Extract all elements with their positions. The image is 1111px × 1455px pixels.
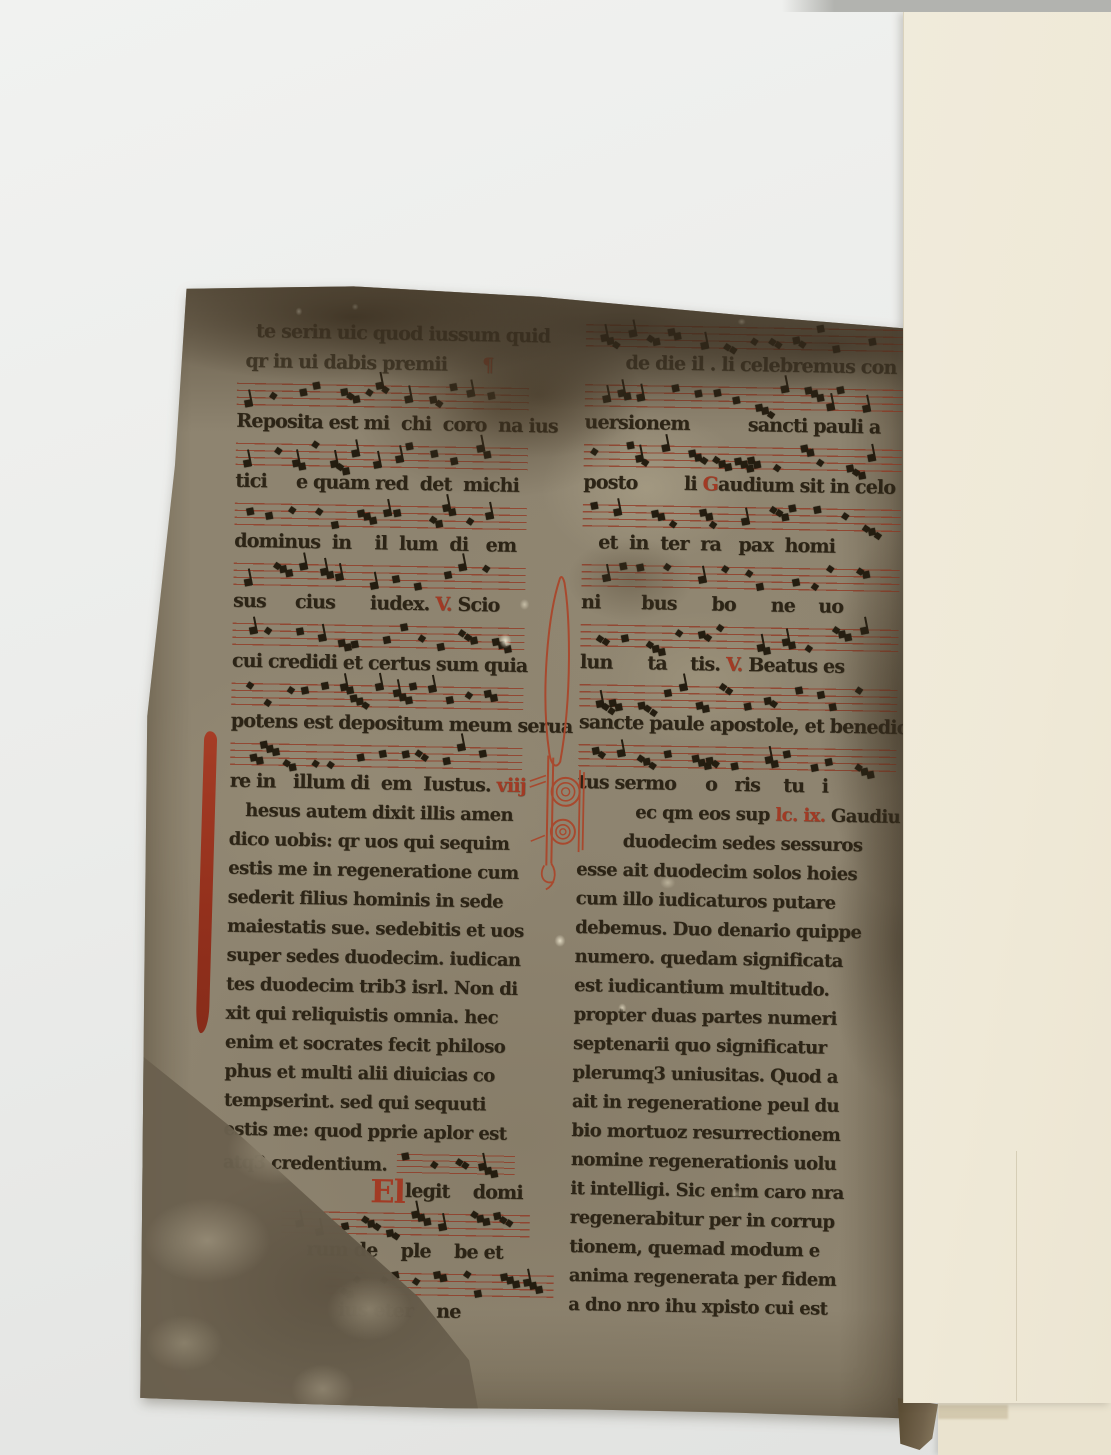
neume-mark — [301, 687, 309, 695]
neume-mark — [781, 385, 789, 393]
book-flyleaf-page — [903, 11, 1111, 1403]
neume-mark — [636, 563, 644, 571]
neume-mark — [487, 392, 495, 400]
neume-mark — [341, 1222, 349, 1230]
neume-mark — [841, 512, 849, 520]
neume-mark — [295, 1219, 303, 1227]
neume-mark — [439, 1274, 447, 1282]
syllable-text: cum illo iudicaturos putare — [576, 888, 836, 914]
neume-mark — [750, 337, 758, 345]
syllable-text: ait in regeneratione peul du — [572, 1091, 839, 1117]
neume-mark — [264, 627, 272, 635]
prose-text-line: a dno nro ihu xpisto cui est — [568, 1292, 886, 1327]
syllable-text: tempserint. sed qui sequuti — [224, 1090, 486, 1116]
neume-mark — [788, 505, 796, 513]
syllable-text: est iudicantium multitudo. — [574, 975, 830, 1001]
neume-mark — [479, 750, 487, 758]
neume-mark — [423, 1217, 431, 1225]
neume-mark — [326, 760, 334, 768]
neume-mark — [837, 386, 845, 394]
neume-mark — [694, 389, 702, 397]
syllable-text: it intelligi. Sic enim caro nra — [570, 1178, 844, 1204]
neume-mark — [296, 628, 304, 636]
neume-mark — [724, 464, 732, 472]
neume-mark — [827, 565, 835, 573]
neume-mark — [392, 575, 400, 583]
neume-mark — [485, 512, 493, 520]
red-ornamented-initial-h — [524, 573, 594, 904]
neume-mark — [590, 448, 598, 456]
neume-mark — [698, 575, 706, 583]
manuscript-photo: te serin uic quod iussum quidqr in ui da… — [0, 0, 1111, 1455]
rubric-text: El — [370, 1172, 405, 1211]
neume-mark — [791, 578, 799, 586]
neume-mark — [512, 1280, 520, 1288]
syllable-text: duodecim sedes sessuros — [623, 831, 863, 856]
syllable-text: potens est depositum meum serua — [231, 710, 573, 738]
neume-mark — [287, 687, 295, 695]
neume-mark — [713, 389, 721, 397]
neume-mark — [448, 508, 456, 516]
rubric-text: G — [702, 473, 718, 495]
syllable-text: anima regenerata per fidem — [569, 1265, 837, 1291]
neume-mark — [380, 1276, 388, 1284]
syllable-text: posto li — [583, 471, 703, 495]
neume-mark — [731, 762, 739, 770]
syllable-text: propter duas partes numeri — [573, 1004, 837, 1030]
neume-mark — [246, 681, 254, 689]
syllable-text: ec qm eos sup — [635, 802, 775, 826]
neume-mark — [795, 686, 803, 694]
neume-mark — [379, 749, 387, 757]
rubric-text: viij — [496, 775, 526, 798]
neume-mark — [406, 443, 414, 451]
syllable-text: Reposita est mi chi coro na ius — [236, 410, 558, 438]
neume-mark — [744, 703, 752, 711]
neume-mark — [405, 395, 413, 403]
neume-mark — [435, 519, 443, 527]
parchment-leaf: te serin uic quod iussum quidqr in ui da… — [138, 283, 908, 1423]
neume-mark — [663, 750, 671, 758]
neume-mark — [270, 392, 278, 400]
neume-mark — [664, 689, 672, 697]
neume-mark — [732, 396, 740, 404]
neume-mark — [444, 571, 452, 579]
syllable-text: uersionem sancti pauli a — [584, 411, 880, 438]
neume-mark — [716, 624, 724, 632]
syllable-text: estis me: quod pprie aplor est — [223, 1119, 506, 1145]
neume-mark — [813, 506, 821, 514]
syllable-text: tes duodecim trib3 isrl. Non di — [226, 974, 518, 1000]
neume-mark — [602, 638, 610, 646]
neume-mark — [255, 757, 263, 765]
neume-mark — [438, 1223, 446, 1231]
neume-mark — [628, 329, 636, 337]
syllable-text: legit domi — [405, 1180, 523, 1204]
neume-mark — [590, 502, 598, 510]
neume-mark — [412, 1277, 420, 1285]
neume-mark — [626, 442, 634, 450]
neume-mark — [383, 636, 391, 644]
neume-mark — [243, 459, 251, 467]
scanner-edge-strip — [782, 0, 1111, 12]
neume-mark — [483, 1218, 491, 1226]
neume-mark — [535, 1286, 543, 1294]
syllable-text: xit qui reliquistis omnia. hec — [225, 1003, 498, 1029]
neume-mark — [365, 388, 373, 396]
neume-mark — [484, 451, 492, 459]
chant-text-line: ius eter ne — [220, 1295, 513, 1330]
neume-mark — [449, 383, 457, 391]
neume-mark — [653, 338, 661, 346]
neume-mark — [482, 564, 490, 572]
neume-mark — [708, 521, 716, 529]
neume-mark — [490, 1170, 498, 1178]
neume-mark — [446, 696, 454, 704]
neume-mark — [771, 760, 779, 768]
neume-mark — [862, 571, 870, 579]
syllable-text: sancte paule apostole, et benedic — [579, 711, 908, 739]
neume-mark — [335, 573, 343, 581]
rubric-text: V. — [435, 593, 458, 615]
neume-mark — [312, 382, 320, 390]
neume-mark — [811, 583, 819, 591]
neume-mark — [244, 578, 252, 586]
syllable-text: bio mortuoz resurrectionem — [571, 1120, 840, 1146]
neume-mark — [669, 520, 677, 528]
syllable-text: enim et socrates fecit philoso — [225, 1032, 506, 1058]
neume-mark — [265, 512, 273, 520]
rubric-text: lc. ix. — [775, 805, 831, 827]
neume-mark — [369, 516, 377, 524]
neume-mark — [354, 1275, 362, 1283]
syllable-text: estis me in regeneratione cum — [228, 858, 519, 884]
neume-mark — [817, 691, 825, 699]
neume-mark — [373, 1223, 381, 1231]
neume-mark — [602, 574, 610, 582]
neume-mark — [773, 464, 781, 472]
neume-mark — [431, 449, 439, 457]
neume-mark — [753, 460, 761, 468]
syllable-text: audium sit in celo — [718, 474, 896, 499]
neume-mark — [375, 683, 383, 691]
neume-mark — [637, 394, 645, 402]
syllable-text: regenerabitur per in corrup — [570, 1207, 835, 1233]
left-text-column: te serin uic quod iussum quidqr in ui da… — [220, 318, 530, 1330]
neume-mark — [311, 760, 319, 768]
syllable-text: atq3 credentium. — [223, 1152, 388, 1176]
neume-mark — [311, 441, 319, 449]
neume-mark — [657, 513, 665, 521]
neume-mark — [833, 345, 841, 353]
neume-mark — [612, 341, 620, 349]
neume-mark — [395, 455, 403, 463]
rubric-text: V. — [726, 654, 749, 676]
music-staff-line — [325, 1267, 553, 1301]
neume-mark — [862, 404, 870, 412]
syllable-text: plerumq3 uniusitas. Quod a — [572, 1062, 838, 1088]
neume-mark — [430, 1161, 438, 1169]
syllable-text: debemus. Duo denario quippe — [575, 917, 862, 943]
neume-mark — [506, 1220, 514, 1228]
neume-mark — [799, 340, 807, 348]
neume-mark — [756, 583, 764, 591]
neume-mark — [602, 395, 610, 403]
neume-mark — [414, 582, 422, 590]
neume-mark — [428, 684, 436, 692]
neume-mark — [331, 521, 339, 529]
syllable-text: Beatus es — [748, 654, 844, 678]
neume-mark — [788, 642, 796, 650]
neume-mark — [383, 509, 391, 517]
neume-mark — [459, 563, 467, 571]
syllable-text: dominus in il lum di em — [234, 530, 516, 557]
syllable-text: phus et multi alii diuicias co — [224, 1061, 495, 1087]
neume-mark — [401, 1152, 409, 1160]
syllable-text: nomine regenerationis uolu — [571, 1149, 837, 1175]
neume-mark — [816, 458, 824, 466]
neume-mark — [474, 1290, 482, 1298]
neume-mark — [373, 461, 381, 469]
syllable-text: tus sermo o ris tu i — [578, 771, 829, 798]
neume-mark — [351, 449, 359, 457]
neume-mark — [614, 508, 622, 516]
neume-mark — [619, 562, 627, 570]
neume-mark — [649, 761, 657, 769]
syllable-text: sederit filius hominis in sede — [227, 887, 503, 913]
neume-mark — [463, 1271, 471, 1279]
syllable-text: et in ter ra pax homi — [598, 531, 835, 557]
neume-mark — [285, 569, 293, 577]
neume-mark — [465, 691, 473, 699]
syllable-text: hesus autem dixit illis amen — [245, 800, 513, 826]
neume-mark — [704, 634, 712, 642]
neume-mark — [437, 642, 445, 650]
syllable-text: ni bus bo ne uo — [581, 591, 843, 618]
neume-mark — [855, 686, 863, 694]
neume-mark — [466, 390, 474, 398]
neume-mark — [621, 634, 629, 642]
neume-mark — [391, 1271, 399, 1279]
neume-mark — [673, 332, 681, 340]
neume-mark — [299, 562, 307, 570]
neume-mark — [244, 399, 252, 407]
neume-mark — [811, 764, 819, 772]
syllable-text: qr in ui dabis premii — [245, 350, 447, 376]
neume-mark — [860, 627, 868, 635]
neume-mark — [404, 697, 412, 705]
chant-text-line: rum de ple be et — [221, 1235, 514, 1270]
neume-mark — [288, 507, 296, 515]
neume-mark — [418, 635, 426, 643]
paper-smudge — [938, 1405, 1008, 1419]
syllable-text: maiestatis sue. sedebitis et uos — [227, 916, 524, 942]
syllable-text: sus cius iudex. — [233, 590, 436, 616]
neume-mark — [246, 507, 254, 515]
neume-mark — [435, 399, 443, 407]
neume-mark — [675, 629, 683, 637]
syllable-text: de die il . li celebremus con — [625, 352, 896, 379]
staff-fragment — [397, 1151, 515, 1177]
neume-mark — [326, 571, 334, 579]
neume-mark — [315, 1227, 323, 1235]
neume-mark — [264, 699, 272, 707]
chant-text-line: Ellegit domi — [222, 1175, 515, 1210]
neume-mark — [741, 517, 749, 525]
neume-mark — [700, 457, 708, 465]
neume-mark — [623, 392, 631, 400]
neume-mark — [346, 687, 354, 695]
neume-mark — [321, 682, 329, 690]
neume-mark — [705, 512, 713, 520]
neume-mark — [442, 757, 450, 765]
syllable-text: Gaudiu — [831, 806, 900, 828]
syllable-text: dico uobis: qr uos qui sequim — [229, 829, 510, 855]
neume-mark — [663, 563, 671, 571]
neume-mark — [490, 693, 498, 701]
syllable-text: rum de ple be et — [306, 1238, 503, 1264]
neume-mark — [843, 634, 851, 642]
neume-mark — [672, 384, 680, 392]
neume-mark — [701, 342, 709, 350]
neume-mark — [461, 1162, 469, 1170]
syllable-text: ius eter ne — [338, 1299, 461, 1323]
neume-mark — [745, 570, 753, 578]
syllable-text: a dno nro ihu xpisto cui est — [568, 1294, 827, 1320]
neume-mark — [662, 444, 670, 452]
syllable-text: esse ait duodecim solos hoies — [576, 859, 857, 885]
neume-mark — [381, 385, 389, 393]
music-staff-line — [281, 1206, 530, 1241]
syllable-text: septenarii quo significatur — [573, 1033, 827, 1059]
neume-mark — [868, 454, 876, 462]
syllable-text: Scio — [457, 594, 499, 617]
neume-mark — [450, 457, 458, 465]
syllable-text: te serin uic quod iussum quid — [256, 320, 551, 347]
rubric-text: ¶ — [447, 354, 494, 377]
syllable-text: super sedes duodecim. iudican — [226, 945, 520, 971]
flyleaf-underpage-edge-line — [1016, 1151, 1017, 1401]
neume-mark — [769, 700, 777, 708]
neume-mark — [249, 626, 257, 634]
neume-mark — [408, 682, 416, 690]
neume-mark — [357, 754, 365, 762]
syllable-text: numero. quedam significata — [574, 946, 842, 972]
neume-mark — [826, 403, 834, 411]
neume-mark — [806, 448, 814, 456]
neume-mark — [825, 758, 833, 766]
neume-mark — [352, 395, 360, 403]
neume-mark — [456, 743, 464, 751]
neume-mark — [817, 325, 825, 333]
neume-mark — [869, 338, 877, 346]
neume-mark — [402, 750, 410, 758]
neume-mark — [351, 640, 359, 648]
red-initial-i-jhesus — [196, 731, 218, 1033]
syllable-text: re in illum di em Iustus. — [230, 770, 497, 797]
neume-mark — [394, 509, 402, 517]
right-text-column: de die il . li celebremus conuersionem s… — [568, 319, 904, 1327]
neume-mark — [272, 748, 280, 756]
neume-mark — [318, 634, 326, 642]
neume-mark — [466, 517, 474, 525]
syllable-text: tionem, quemad modum e — [569, 1236, 820, 1262]
neume-mark — [400, 623, 408, 631]
leaf-content: te serin uic quod iussum quidqr in ui da… — [118, 282, 909, 1436]
neume-mark — [679, 684, 687, 692]
neume-mark — [300, 388, 308, 396]
neume-mark — [370, 582, 378, 590]
neume-mark — [805, 644, 813, 652]
neume-mark — [781, 513, 789, 521]
syllable-text: tici e quam red det michi — [235, 470, 519, 497]
neume-mark — [783, 750, 791, 758]
neume-mark — [721, 565, 729, 573]
neume-mark — [617, 749, 625, 757]
neume-mark — [315, 508, 323, 516]
neume-mark — [470, 637, 478, 645]
neume-mark — [816, 393, 824, 401]
neume-mark — [828, 703, 836, 711]
syllable-text: lun ta tis. — [580, 651, 726, 676]
neume-mark — [275, 446, 283, 454]
